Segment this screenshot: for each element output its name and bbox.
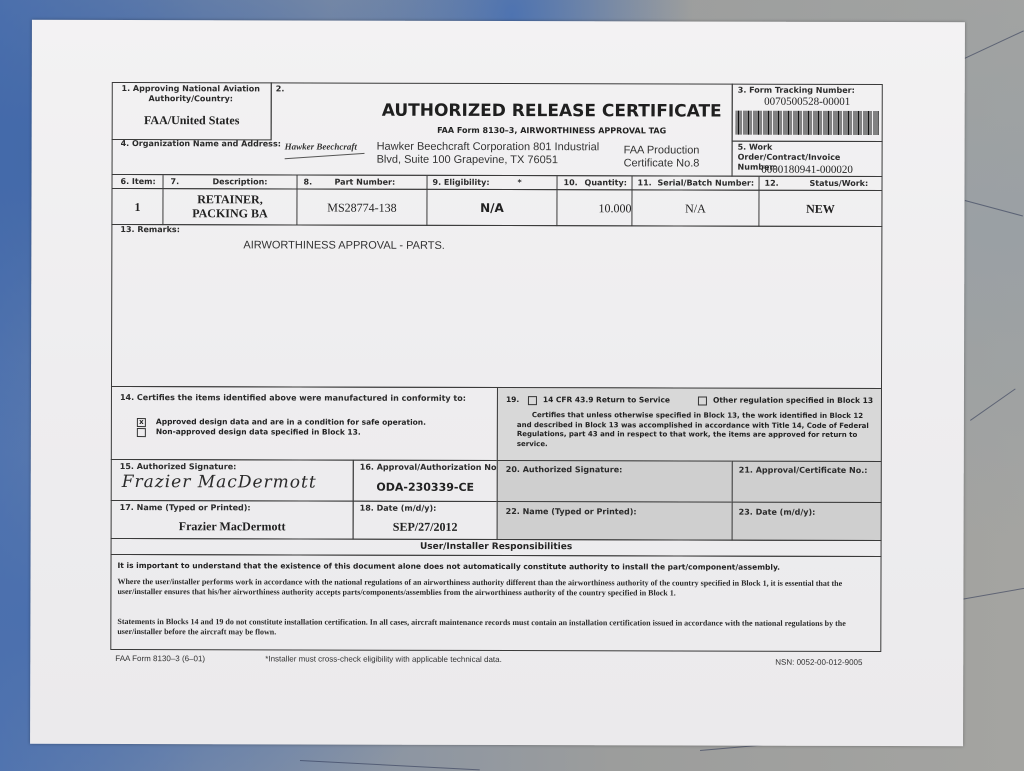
authorized-signature: Frazier MacDermott (122, 472, 317, 493)
work-order-number: 0000180941-000020 (733, 164, 882, 176)
responsibilities-paragraph-3: Statements in Blocks 14 and 19 do not co… (117, 617, 872, 639)
header-serial: Serial/Batch Number: (658, 178, 755, 187)
block-4: 4. Organization Name and Address: Hawker… (112, 139, 733, 177)
header-11: 11. (638, 178, 652, 187)
certificate-paper: 1. Approving National Aviation Authority… (30, 20, 965, 746)
production-certificate: FAA Production Certificate No.8 (624, 144, 700, 170)
faa-form-8130-3: 1. Approving National Aviation Authority… (112, 82, 882, 84)
approving-authority-value: FAA/United States (113, 113, 271, 128)
header-eligibility: 9. Eligibility: (433, 178, 490, 187)
header-10: 10. (564, 178, 578, 187)
header-part-number: Part Number: (335, 178, 396, 187)
block-14: 14. Certifies the items identified above… (111, 386, 498, 461)
remarks-value: AIRWORTHINESS APPROVAL - PARTS. (243, 239, 445, 252)
responsibilities-paragraph-1: It is important to understand that the e… (118, 561, 873, 573)
eligibility-footnote: *Installer must cross-check eligibility … (265, 654, 502, 664)
block-2-label: 2. (276, 84, 285, 93)
block-5: 5. Work Order/Contract/Invoice Number: 0… (732, 141, 883, 177)
option-return-to-service: 14 CFR 43.9 Return to Service (543, 395, 670, 404)
block-16: 16. Approval/Authorization No.: ODA-2303… (353, 460, 498, 502)
hawker-beechcraft-logo: Hawker Beechcraft (285, 141, 357, 151)
block-1-label: 1. Approving National Aviation Authority… (121, 84, 261, 104)
block-13: 13. Remarks: AIRWORTHINESS APPROVAL - PA… (111, 224, 882, 389)
barcode (736, 111, 879, 135)
block-19: 19. 14 CFR 43.9 Return to Service Other … (497, 387, 882, 462)
description-line-2: PACKING BA (163, 206, 296, 220)
status-work: NEW (759, 202, 881, 217)
date-value: SEP/27/2012 (354, 520, 497, 535)
block-21-label: 21. Approval/Certificate No.: (739, 466, 868, 475)
block-20: 20. Authorized Signature: (497, 460, 733, 503)
block-1: 1. Approving National Aviation Authority… (112, 82, 272, 140)
block-16-label: 16. Approval/Authorization No.: (360, 463, 503, 472)
block-18-label: 18. Date (m/d/y): (360, 504, 437, 513)
header-status: Status/Work: (810, 179, 869, 188)
block-19-statement: Certifies that unless otherwise specifie… (517, 411, 879, 450)
block-19-label: 19. 14 CFR 43.9 Return to Service (506, 395, 670, 405)
block-14-label: 14. Certifies the items identified above… (120, 393, 466, 403)
description-line-1: RETAINER, (163, 192, 296, 206)
block-18: 18. Date (m/d/y): SEP/27/2012 (353, 501, 498, 540)
checkbox-other-regulation[interactable] (698, 396, 707, 405)
nsn-number: NSN: 0052-00-012-9005 (775, 658, 862, 667)
option-approved-label: Approved design data and are in a condit… (156, 417, 426, 427)
checkbox-non-approved[interactable] (137, 428, 146, 437)
approval-number: ODA-230339-CE (354, 481, 497, 494)
block-20-label: 20. Authorized Signature: (506, 465, 623, 474)
block-15-label: 15. Authorized Signature: (120, 462, 237, 471)
background-crack (960, 30, 1024, 60)
header-description: Description: (213, 177, 268, 186)
block-17: 17. Name (Typed or Printed): Frazier Mac… (111, 500, 354, 540)
block-17-label: 17. Name (Typed or Printed): (120, 503, 251, 512)
header-eligibility-asterisk: * (518, 178, 522, 187)
form-identifier: FAA Form 8130–3 (6–01) (115, 654, 205, 663)
block-15: 15. Authorized Signature: Frazier MacDer… (111, 459, 354, 502)
background-crack (300, 760, 480, 770)
part-number: MS28774-138 (297, 200, 426, 215)
production-certificate-line-2: Certificate No.8 (624, 157, 700, 170)
header-12: 12. (765, 179, 779, 188)
responsibilities-body: It is important to understand that the e… (110, 554, 881, 652)
logo-swoosh (285, 153, 365, 159)
block-19-option-2: Other regulation specified in Block 13 (698, 396, 873, 406)
option-other-regulation: Other regulation specified in Block 13 (713, 396, 873, 405)
responsibilities-title: User/Installer Responsibilities (112, 541, 881, 553)
block-3: 3. Form Tracking Number: 0070500528-0000… (732, 84, 883, 142)
checkbox-14-cfr-43-9[interactable] (528, 396, 537, 405)
block-13-label: 13. Remarks: (120, 225, 180, 234)
printed-name: Frazier MacDermott (112, 519, 353, 535)
production-certificate-line-1: FAA Production (624, 144, 700, 157)
item-number: 1 (112, 200, 162, 215)
form-tracking-number: 0070500528-00001 (733, 96, 882, 108)
responsibilities-paragraph-2: Where the user/installer performs work i… (117, 577, 872, 599)
item-description: RETAINER, PACKING BA (163, 192, 296, 220)
item-table-row: 1 RETAINER, PACKING BA MS28774-138 N/A 1… (111, 188, 882, 227)
block-22: 22. Name (Typed or Printed): (497, 501, 733, 541)
block-4-label: 4. Organization Name and Address: (121, 139, 281, 148)
address-line-2: Blvd, Suite 100 Grapevine, TX 76051 (377, 154, 600, 168)
checkbox-approved[interactable]: x (137, 418, 146, 427)
block-2: 2. AUTHORIZED RELEASE CERTIFICATE FAA Fo… (271, 82, 733, 141)
header-quantity: Quantity: (585, 178, 627, 187)
eligibility: N/A (427, 201, 556, 215)
header-8: 8. (304, 177, 313, 186)
organization-address: Hawker Beechcraft Corporation 801 Indust… (377, 141, 600, 168)
header-item: 6. Item: (121, 177, 156, 186)
address-line-1: Hawker Beechcraft Corporation 801 Indust… (377, 141, 600, 155)
quantity: 10.000 (557, 201, 631, 216)
block-21: 21. Approval/Certificate No.: (732, 461, 882, 503)
block-23-label: 23. Date (m/d/y): (739, 508, 816, 517)
block-23: 23. Date (m/d/y): (732, 502, 882, 541)
block-22-label: 22. Name (Typed or Printed): (506, 507, 637, 516)
background-crack (955, 588, 1024, 601)
header-7: 7. (171, 177, 180, 186)
background-crack (965, 200, 1023, 216)
option-non-approved-label: Non-approved design data specified in Bl… (156, 427, 361, 437)
conformity-option-non-approved[interactable]: Non-approved design data specified in Bl… (137, 427, 361, 438)
block-3-label: 3. Form Tracking Number: (738, 86, 855, 95)
background-crack (970, 388, 1016, 420)
serial-number: N/A (632, 201, 758, 216)
